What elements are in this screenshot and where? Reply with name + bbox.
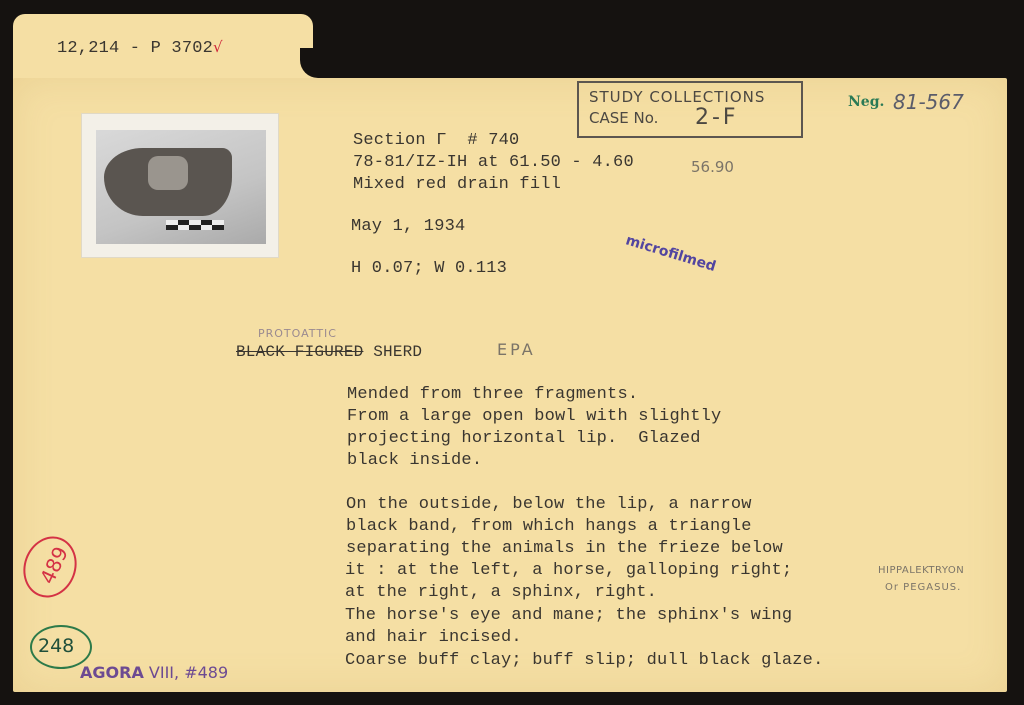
sherd-highlight [148,156,188,190]
photo-mount [81,113,279,258]
catalog-number: 12,214 - P 3702√ [57,36,223,60]
scale-bar [166,220,224,230]
object-title: BLACK FIGURED SHERD [236,341,422,363]
epa-note: EPA [497,340,536,359]
header-line-1: Section Γ # 740 [353,130,519,152]
protoattic-annotation: PROTOATTIC [258,327,337,340]
pencil-depth: 56.90 [691,158,734,176]
margin-note-line-2: Or PEGASUS. [885,582,961,593]
desc1-line-2: From a large open bowl with slightly [347,406,721,428]
desc2-line-2: black band, from which hangs a triangle [346,516,752,538]
desc2-line-5: at the right, a sphinx, right. [345,582,657,604]
desc1-line-3: projecting horizontal lip. Glazed [347,428,701,450]
study-collections-stamp: STUDY COLLECTIONS CASE No. 2-F [577,81,803,138]
struck-title: BLACK FIGURED [236,343,363,361]
dimensions: H 0.07; W 0.113 [351,258,507,280]
desc2-line-3: separating the animals in the frieze bel… [346,538,783,560]
desc2-line-1: On the outside, below the lip, a narrow [346,494,752,516]
sherd-photo [96,130,266,244]
negative-number: 81-567 [893,90,964,114]
stamp-line-2: CASE No. [589,109,658,127]
desc1-line-1: Mended from three fragments. [347,384,638,406]
header-line-3: Mixed red drain fill [353,174,561,196]
card-tab-curve [300,48,330,78]
case-number: 2-F [695,105,739,130]
desc2-line-7: and hair incised. [345,627,522,649]
desc2-line-8: Coarse buff clay; buff slip; dull black … [345,650,823,672]
desc2-line-6: The horse's eye and mane; the sphinx's w… [345,605,792,627]
check-mark-icon: √ [213,38,223,56]
publication-reference: AGORA VIII, #489 [80,663,228,682]
stamp-line-1: STUDY COLLECTIONS [589,88,765,106]
date: May 1, 1934 [351,216,465,238]
desc1-line-4: black inside. [347,450,482,472]
desc2-line-4: it : at the left, a horse, galloping rig… [345,560,792,582]
header-line-2: 78-81/IZ-IH at 61.50 - 4.60 [353,152,634,174]
margin-note-line-1: HIPPALEKTRYON [878,565,964,576]
negative-label: Neg. [848,94,884,110]
